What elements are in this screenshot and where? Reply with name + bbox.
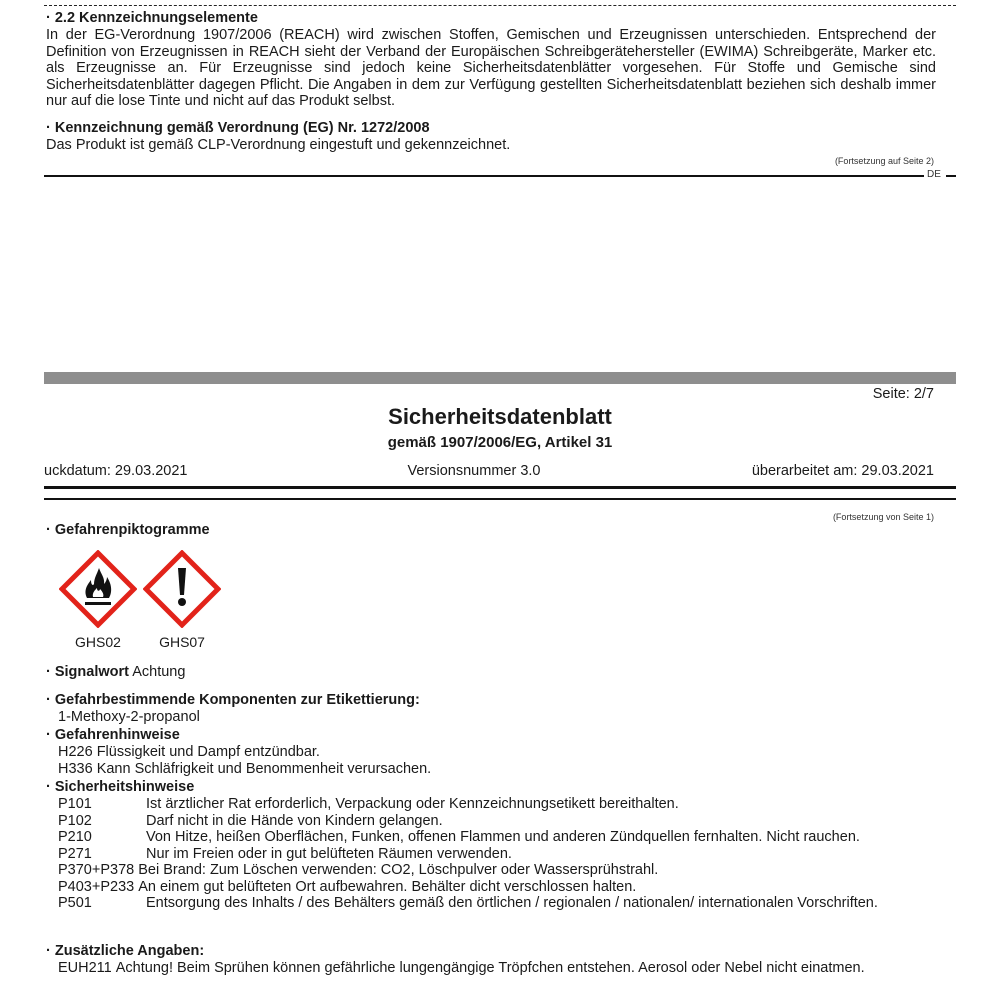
precaution-row: P102 Darf nicht in die Hände von Kindern… (58, 813, 938, 830)
flame-icon (59, 550, 137, 628)
signal-word-label: · Signalwort (46, 664, 129, 680)
continuation-note-prev: (Fortsetzung von Seite 1) (833, 512, 934, 522)
dashed-separator (44, 5, 956, 6)
language-code: DE (927, 169, 941, 180)
precaution-code: P101 (58, 796, 146, 813)
precaution-code: P271 (58, 846, 146, 863)
additional-code: EUH211 (58, 960, 112, 977)
signal-word: · Signalwort Achtung (46, 664, 185, 680)
component-item: 1-Methoxy-2-propanol (58, 709, 200, 726)
precaution-code: P210 (58, 829, 146, 846)
continuation-note-next: (Fortsetzung auf Seite 2) (835, 156, 934, 166)
precaution-table: P101 Ist ärztlicher Rat erforderlich, Ve… (58, 796, 938, 912)
reach-paragraph: In der EG-Verordnung 1907/2006 (REACH) w… (46, 27, 936, 110)
precaution-code: P403+P233 (58, 879, 134, 896)
precaution-text: Darf nicht in die Hände von Kindern gela… (146, 813, 938, 830)
precaution-row: P271 Nur im Freien oder in gut belüftete… (58, 846, 938, 863)
components-heading: · Gefahrbestimmende Komponenten zur Etik… (46, 692, 420, 708)
precaution-text: Entsorgung des Inhalts / des Behälters g… (146, 895, 938, 912)
precaution-row: P501 Entsorgung des Inhalts / des Behält… (58, 895, 938, 912)
document-subtitle: gemäß 1907/2006/EG, Artikel 31 (0, 434, 1000, 451)
clp-heading: · Kennzeichnung gemäß Verordnung (EG) Nr… (46, 120, 938, 136)
page-break-bar (44, 372, 956, 384)
hazard-statement: H336 Kann Schläfrigkeit und Benommenheit… (58, 761, 431, 778)
pictogram-ghs07: GHS07 (142, 550, 222, 650)
precaution-code: P102 (58, 813, 146, 830)
document-title: Sicherheitsdatenblatt (0, 404, 1000, 430)
hazard-statement: H226 Flüssigkeit und Dampf entzündbar. (58, 744, 320, 761)
precaution-heading: · Sicherheitshinweise (46, 779, 194, 795)
header-rule-thin (44, 498, 956, 500)
hazard-heading: · Gefahrenhinweise (46, 727, 180, 743)
pictogram-code: GHS02 (58, 634, 138, 650)
precaution-text: Nur im Freien oder in gut belüfteten Räu… (146, 846, 938, 863)
precaution-text: Von Hitze, heißen Oberflächen, Funken, o… (146, 829, 938, 846)
precaution-row: P210 Von Hitze, heißen Oberflächen, Funk… (58, 829, 938, 846)
footer-rule (44, 175, 924, 177)
precaution-code: P501 (58, 895, 146, 912)
additional-heading: · Zusätzliche Angaben: (46, 943, 204, 959)
precaution-text: An einem gut belüfteten Ort aufbewahren.… (138, 879, 938, 896)
footer-rule-end (946, 175, 956, 177)
precaution-row: P403+P233 An einem gut belüfteten Ort au… (58, 879, 938, 896)
precaution-row: P101 Ist ärztlicher Rat erforderlich, Ve… (58, 796, 938, 813)
signal-word-value: Achtung (132, 664, 185, 680)
additional-row: EUH211 Achtung! Beim Sprühen können gefä… (58, 960, 938, 977)
page-number: Seite: 2/7 (873, 386, 934, 402)
pictograms-heading: · Gefahrenpiktogramme (46, 522, 210, 538)
additional-text: Achtung! Beim Sprühen können gefährliche… (116, 960, 938, 977)
section-heading-2-2: · 2.2 Kennzeichnungselemente (46, 10, 938, 26)
precaution-text: Ist ärztlicher Rat erforderlich, Verpack… (146, 796, 938, 813)
exclamation-icon (143, 550, 221, 628)
precaution-row: P370+P378 Bei Brand: Zum Löschen verwend… (58, 862, 938, 879)
precaution-text: Bei Brand: Zum Löschen verwenden: CO2, L… (138, 862, 938, 879)
header-rule-thick (44, 486, 956, 489)
revision-date: überarbeitet am: 29.03.2021 (752, 463, 934, 479)
clp-text: Das Produkt ist gemäß CLP-Verordnung ein… (46, 137, 938, 153)
precaution-code: P370+P378 (58, 862, 134, 879)
pictogram-code: GHS07 (142, 634, 222, 650)
pictogram-row: GHS02 GHS07 (58, 550, 222, 651)
additional-table: EUH211 Achtung! Beim Sprühen können gefä… (58, 960, 938, 977)
pictogram-ghs02: GHS02 (58, 550, 138, 650)
